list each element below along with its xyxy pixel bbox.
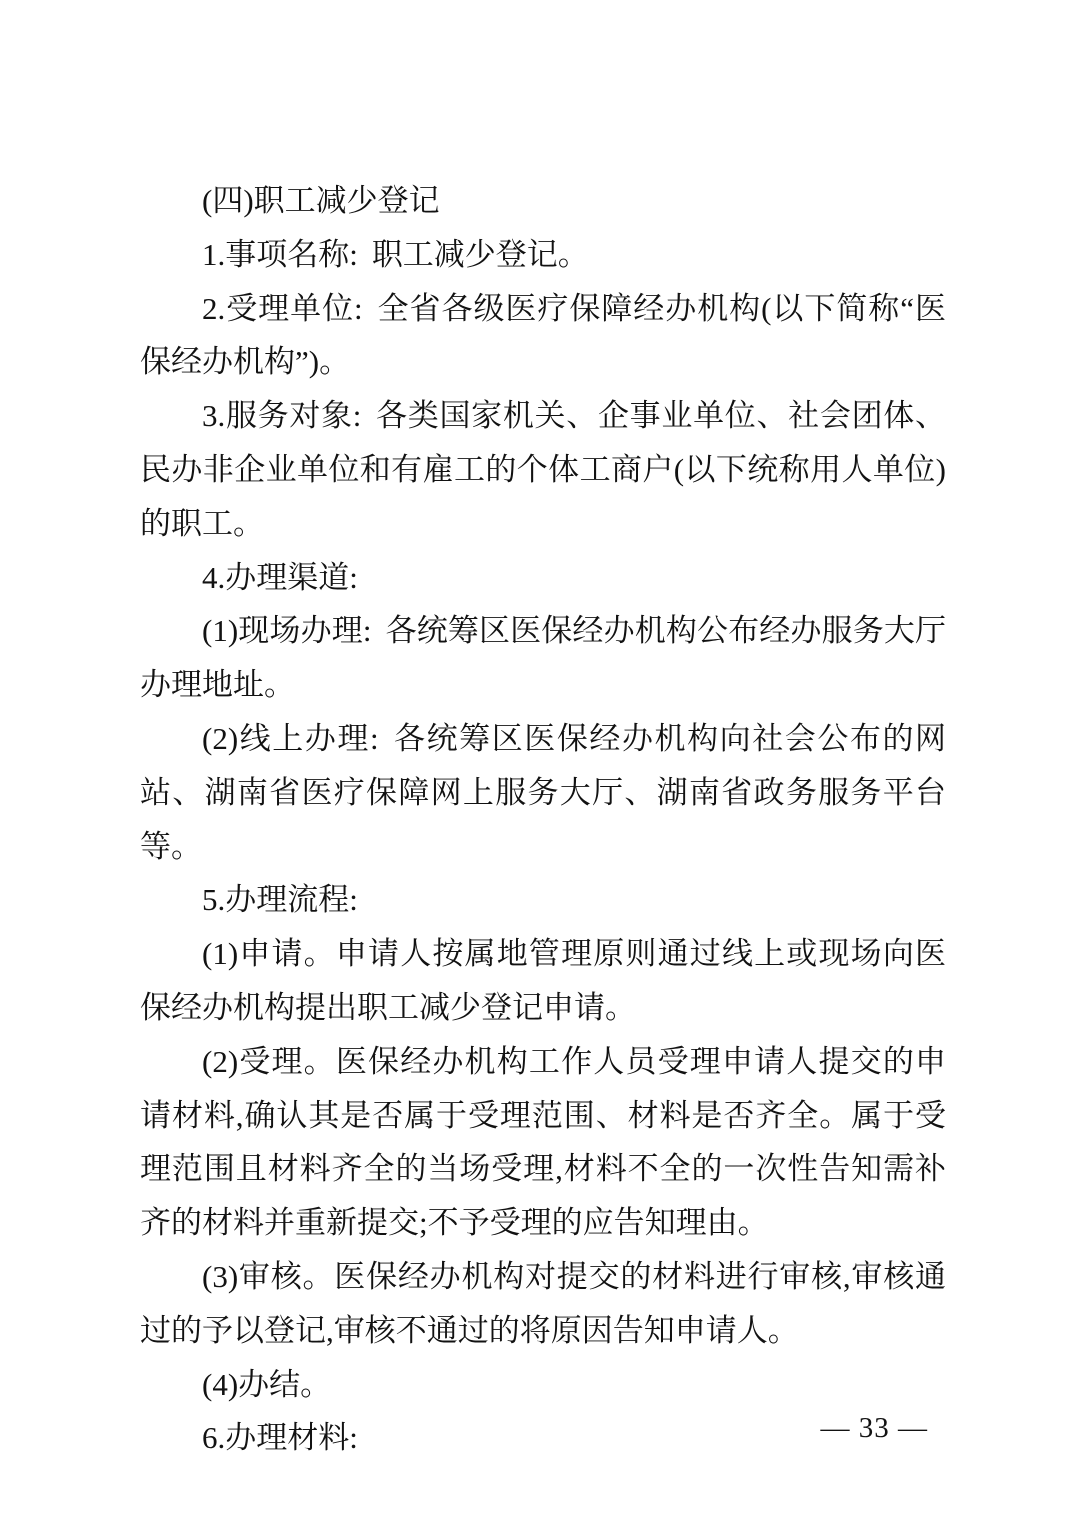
document-body: (四)职工减少登记 1.事项名称:职工减少登记。 2.受理单位:全省各级医疗保障… xyxy=(140,174,946,1465)
item-label: (2)线上办理: xyxy=(202,721,379,756)
item-text: 职工减少登记。 xyxy=(372,237,589,272)
item-text: (4)办结。 xyxy=(202,1367,331,1402)
item-label: 2.受理单位: xyxy=(202,291,363,326)
paragraph-item-name: 1.事项名称:职工减少登记。 xyxy=(140,228,946,282)
paragraph-process: 5.办理流程: xyxy=(140,873,946,927)
paragraph-channels: 4.办理渠道: xyxy=(140,551,946,605)
document-page: (四)职工减少登记 1.事项名称:职工减少登记。 2.受理单位:全省各级医疗保障… xyxy=(0,0,1074,1520)
page-number: — 33 — xyxy=(821,1412,929,1445)
paragraph-process-apply: (1)申请。申请人按属地管理原则通过线上或现场向医保经办机构提出职工减少登记申请… xyxy=(140,927,946,1035)
paragraph-onsite-channel: (1)现场办理:各统筹区医保经办机构公布经办服务大厅办理地址。 xyxy=(140,604,946,712)
item-text: (3)审核。医保经办机构对提交的材料进行审核,审核通过的予以登记,审核不通过的将… xyxy=(140,1259,946,1348)
item-label: 1.事项名称: xyxy=(202,237,358,272)
item-text: (2)受理。医保经办机构工作人员受理申请人提交的申请材料,确认其是否属于受理范围… xyxy=(140,1044,946,1240)
item-label: 4.办理渠道: xyxy=(202,560,358,595)
paragraph-process-complete: (4)办结。 xyxy=(140,1358,946,1412)
item-label: 3.服务对象: xyxy=(202,398,361,433)
paragraph-process-review: (3)审核。医保经办机构对提交的材料进行审核,审核通过的予以登记,审核不通过的将… xyxy=(140,1250,946,1358)
paragraph-process-accept: (2)受理。医保经办机构工作人员受理申请人提交的申请材料,确认其是否属于受理范围… xyxy=(140,1035,946,1250)
item-text: (1)申请。申请人按属地管理原则通过线上或现场向医保经办机构提出职工减少登记申请… xyxy=(140,936,946,1025)
paragraph-online-channel: (2)线上办理:各统筹区医保经办机构向社会公布的网站、湖南省医疗保障网上服务大厅… xyxy=(140,712,946,873)
paragraph-accepting-unit: 2.受理单位:全省各级医疗保障经办机构(以下简称“医保经办机构”)。 xyxy=(140,282,946,390)
item-label: 6.办理材料: xyxy=(202,1420,358,1455)
paragraph-service-target: 3.服务对象:各类国家机关、企事业单位、社会团体、民办非企业单位和有雇工的个体工… xyxy=(140,389,946,550)
item-label: (1)现场办理: xyxy=(202,613,371,648)
section-heading: (四)职工减少登记 xyxy=(140,174,946,228)
item-label: 5.办理流程: xyxy=(202,882,358,917)
